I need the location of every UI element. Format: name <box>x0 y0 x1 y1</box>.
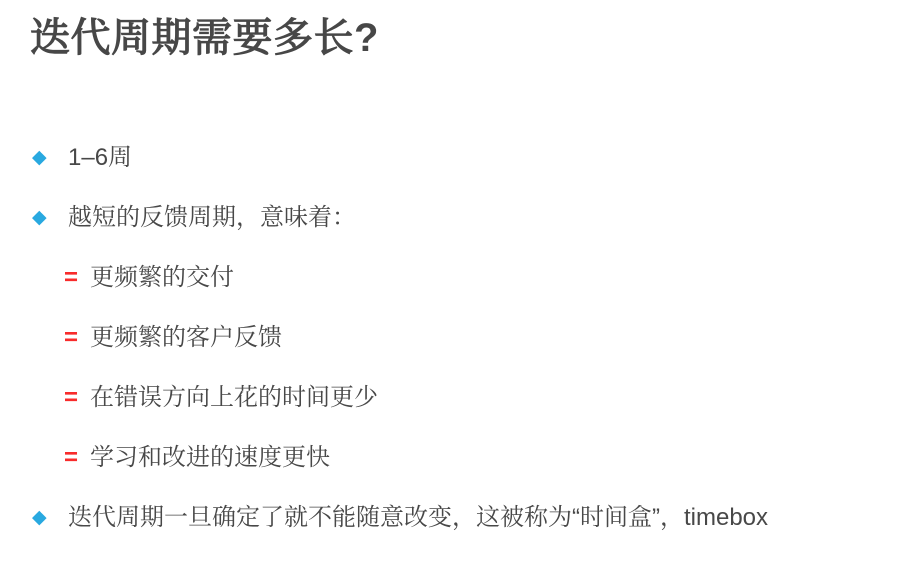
sub-bullet-item: = 更频繁的交付 <box>30 263 876 293</box>
bullet-item: ◆ 越短的反馈周期，意味着： <box>30 203 876 233</box>
bullet-text: 学习和改进的速度更快 <box>90 443 330 473</box>
equals-bullet-icon: = <box>64 325 90 351</box>
bullet-text: 1–6周 <box>68 143 132 173</box>
diamond-bullet-icon: ◆ <box>30 145 68 171</box>
bullet-item: ◆ 1–6周 <box>30 143 876 173</box>
bullet-text: 更频繁的客户反馈 <box>90 323 282 353</box>
slide-title: 迭代周期需要多长? <box>30 12 876 64</box>
equals-bullet-icon: = <box>64 385 90 411</box>
diamond-bullet-icon: ◆ <box>30 505 68 531</box>
diamond-bullet-icon: ◆ <box>30 205 68 231</box>
sub-bullet-item: = 更频繁的客户反馈 <box>30 323 876 353</box>
bullet-item: ◆ 迭代周期一旦确定了就不能随意改变，这被称为“时间盒”，timebox <box>30 503 876 533</box>
bullet-text: 更频繁的交付 <box>90 263 234 293</box>
sub-bullet-item: = 学习和改进的速度更快 <box>30 443 876 473</box>
bullet-text: 迭代周期一旦确定了就不能随意改变，这被称为“时间盒”，timebox <box>68 503 768 533</box>
bullet-text: 在错误方向上花的时间更少 <box>90 383 378 413</box>
sub-bullet-item: = 在错误方向上花的时间更少 <box>30 383 876 413</box>
bullet-text: 越短的反馈周期，意味着： <box>68 203 356 233</box>
equals-bullet-icon: = <box>64 265 90 291</box>
bullet-list: ◆ 1–6周 ◆ 越短的反馈周期，意味着： = 更频繁的交付 = 更频繁的客户反… <box>30 143 876 533</box>
equals-bullet-icon: = <box>64 445 90 471</box>
slide: 迭代周期需要多长? ◆ 1–6周 ◆ 越短的反馈周期，意味着： = 更频繁的交付… <box>0 0 906 562</box>
